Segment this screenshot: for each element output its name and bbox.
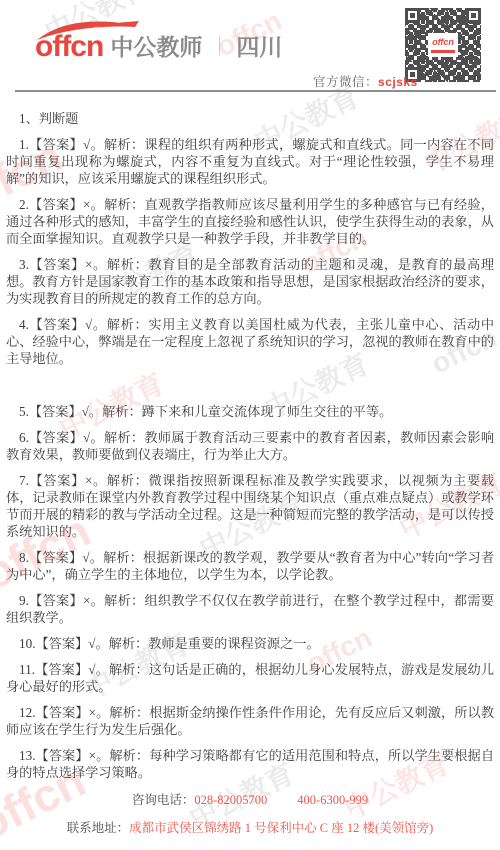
item-number: 5.	[19, 404, 29, 419]
item-number: 7.	[19, 473, 29, 488]
qr-finder-icon	[405, 8, 420, 23]
answer-mark: √	[82, 404, 89, 419]
answer-label: 【答案】	[29, 550, 82, 565]
header: offcn 中公教师 ｜ 四川 offcn 官方微信：scjsks	[0, 0, 500, 108]
analysis-label: 解析：	[104, 197, 144, 212]
qr-finder-icon	[466, 8, 481, 23]
answer-item: 9.【答案】×。解析：组织教学不仅仅在教学前进行，在整个教学过程中，都需要组织教…	[6, 592, 494, 626]
punct: 。	[92, 473, 107, 488]
answer-label: 【答案】	[29, 430, 83, 445]
answer-item: 6.【答案】√。解析：教师属于教育活动三要素中的教育者因素，教师因素会影响教育效…	[6, 429, 494, 463]
punct: 。	[90, 430, 104, 445]
answer-item: 8.【答案】√。解析：根据新课改的教学观，教学要从“教育者为中心”转向“学习者为…	[6, 549, 494, 583]
official-wechat: 官方微信：scjsks	[313, 72, 418, 90]
footer: 咨询电话：028-82005700400-6300-999 联系地址：成都市武侯…	[0, 790, 500, 850]
answer-label: 【答案】	[35, 705, 88, 720]
punct: 。	[90, 593, 104, 608]
answer-item: 5.【答案】√。解析：蹲下来和儿童交流体现了师生交往的平等。	[6, 403, 494, 420]
brand-divider: ｜	[209, 37, 229, 57]
analysis-label: 解析：	[107, 317, 149, 332]
analysis-label: 解析：	[107, 257, 149, 272]
offcn-logo: offcn 中公教师 ｜ 四川	[35, 32, 282, 62]
phone-line: 咨询电话：028-82005700400-6300-999	[0, 790, 500, 808]
item-number: 3.	[19, 257, 29, 272]
answer-label: 【答案】	[29, 137, 83, 152]
answer-label: 【答案】	[29, 593, 83, 608]
qr-logo-bar	[431, 50, 455, 53]
wechat-account: scjsks	[378, 75, 418, 89]
analysis-label: 解析：	[104, 137, 144, 152]
wechat-qr-code: offcn	[405, 8, 481, 82]
answer-label: 【答案】	[35, 662, 88, 677]
punct: 。	[90, 137, 104, 152]
analysis-label: 解析：	[102, 404, 142, 419]
brand-name: 中公教师	[110, 36, 202, 59]
answer-label: 【答案】	[29, 473, 85, 488]
phone-number-1: 028-82005700	[194, 793, 267, 807]
analysis-label: 解析：	[103, 550, 143, 565]
answer-item: 11.【答案】√。解析：这句话是正确的，根据幼儿身心发展特点，游戏是发展幼儿身心…	[6, 661, 494, 695]
answer-label: 【答案】	[35, 636, 88, 651]
item-number: 10.	[19, 636, 35, 651]
answer-item: 3.【答案】×。解析：教育目的是全部教育活动的主题和灵魂，是教育的最高理想。教育…	[6, 256, 494, 307]
item-number: 8.	[19, 550, 29, 565]
logo-wordmark: offcn	[35, 32, 103, 62]
punct: 。	[96, 748, 109, 763]
item-number: 12.	[19, 705, 35, 720]
answer-item: 7.【答案】×。解析：微课指按照新课程标准及教学实践要求，以视频为主要载体，记录…	[6, 472, 494, 540]
item-number: 4.	[19, 317, 29, 332]
item-number: 11.	[19, 662, 35, 677]
answer-mark: √	[82, 550, 89, 565]
answer-item: 12.【答案】×。解析：根据斯金纳操作性条件作用论，先有反应后又刺激，所以教师应…	[6, 704, 494, 738]
answer-label: 【答案】	[29, 317, 85, 332]
answer-item: 2.【答案】×。解析：直观教学指教师应该尽量利用学生的多种感官与已有经验，通过各…	[6, 196, 494, 247]
answer-item: 4.【答案】√。解析：实用主义教育以美国杜威为代表，主张儿童中心、活动中心、经验…	[6, 316, 494, 367]
punct: 。	[95, 662, 108, 677]
document-page: 中公教育 offcn offcn 中公教育 中公教育 中公教育 offcn 中公…	[0, 0, 500, 850]
answer-item: 1.【答案】√。解析：课程的组织有两种形式，螺旋式和直线式。同一内容在不同时间重…	[6, 136, 494, 187]
answer-label: 【答案】	[29, 257, 85, 272]
answer-item: 10.【答案】√。解析：教师是重要的课程资源之一。	[6, 635, 494, 652]
brand-region: 四川	[236, 36, 282, 59]
item-number: 2.	[19, 197, 29, 212]
address-line: 联系地址：成都市武侯区锦绣路 1 号保利中心 C 座 12 楼(美领馆旁)	[0, 818, 500, 836]
punct: 。	[90, 197, 104, 212]
analysis-label: 解析：	[107, 473, 149, 488]
answer-mark: ×	[89, 748, 96, 763]
punct: 。	[92, 257, 107, 272]
address-text: 成都市武侯区锦绣路 1 号保利中心 C 座 12 楼(美领馆旁)	[129, 821, 433, 835]
phone-number-2: 400-6300-999	[297, 793, 368, 807]
section-title: 1、判断题	[6, 110, 494, 127]
item-number: 13.	[19, 748, 35, 763]
qr-logo-text: offcn	[432, 38, 454, 47]
analysis-label: 解析：	[109, 662, 149, 677]
answer-item: 13.【答案】×。解析：每种学习策略都有它的适用范围和特点，所以学生要根据自身的…	[6, 747, 494, 781]
header-divider-line	[15, 90, 496, 92]
analysis-label: 解析：	[104, 430, 144, 445]
address-label: 联系地址：	[67, 821, 130, 835]
item-number: 9.	[19, 593, 29, 608]
phone-label: 咨询电话：	[132, 793, 195, 807]
punct: 。	[96, 705, 109, 720]
wechat-label: 官方微信：	[313, 75, 378, 89]
answer-label: 【答案】	[35, 748, 88, 763]
analysis-label: 解析：	[109, 748, 149, 763]
punct: 。	[92, 317, 107, 332]
answer-label: 【答案】	[29, 404, 82, 419]
answer-label: 【答案】	[29, 197, 83, 212]
analysis-label: 解析：	[104, 593, 144, 608]
analysis-text: 蹲下来和儿童交流体现了师生交往的平等。	[142, 404, 393, 419]
answers-content: 1、判断题 1.【答案】√。解析：课程的组织有两种形式，螺旋式和直线式。同一内容…	[6, 110, 494, 781]
analysis-text: 教师是重要的课程资源之一。	[148, 636, 319, 651]
punct: 。	[95, 636, 108, 651]
punct: 。	[90, 550, 103, 565]
answer-mark: ×	[89, 705, 96, 720]
item-number: 1.	[19, 137, 29, 152]
qr-center-logo: offcn	[428, 33, 458, 57]
analysis-label: 解析：	[109, 636, 149, 651]
analysis-label: 解析：	[109, 705, 149, 720]
item-number: 6.	[19, 430, 29, 445]
punct: 。	[89, 404, 102, 419]
